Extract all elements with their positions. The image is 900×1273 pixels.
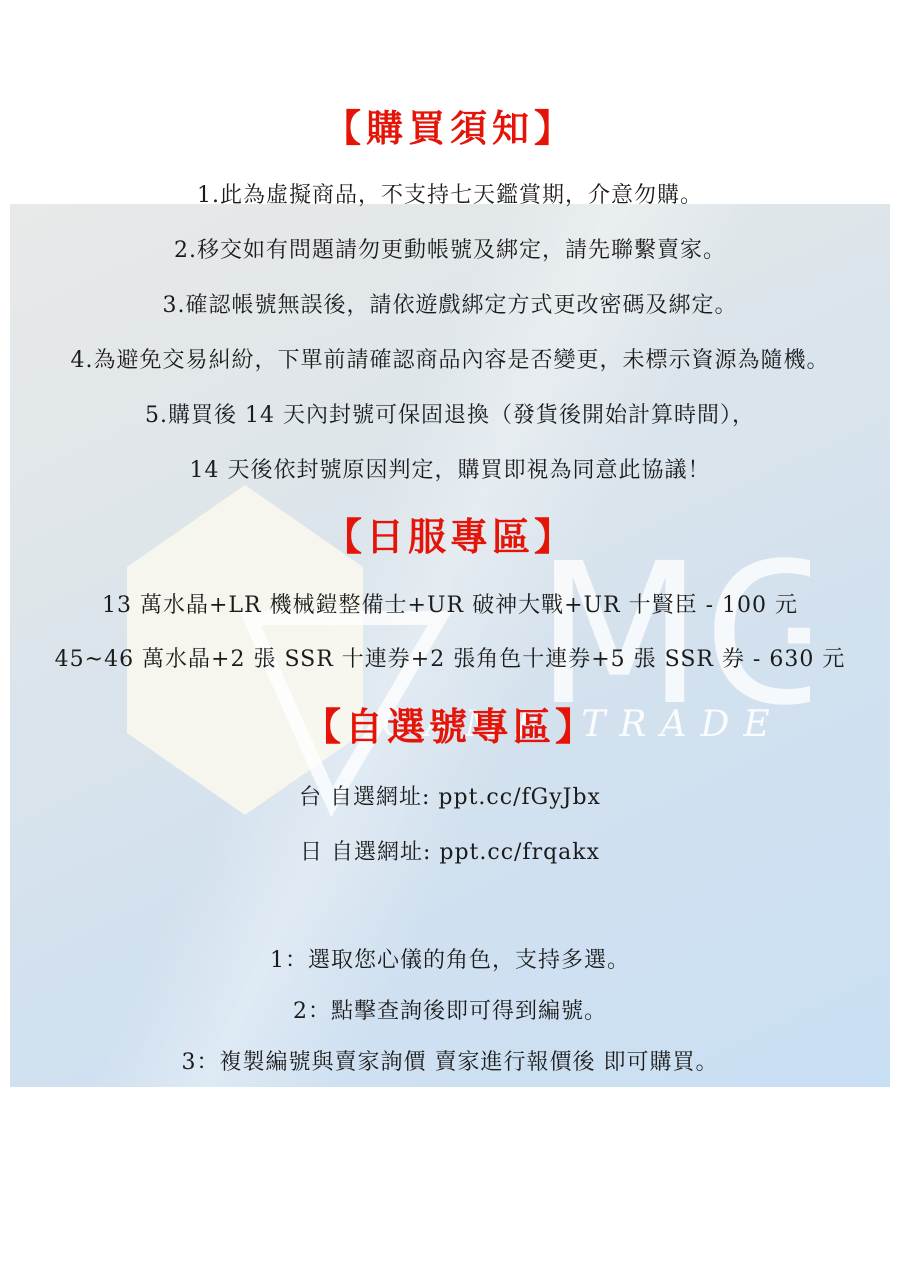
step-line-2: 2：點擊查詢後即可得到編號。: [0, 994, 900, 1025]
notice-line-5-continued: 14 天後依封號原因判定，購買即視為同意此協議！: [0, 453, 900, 484]
step-line-1: 1：選取您心儀的角色，支持多選。: [0, 943, 900, 974]
custom-section-header: 【自選號專區】: [0, 696, 900, 751]
jp-price-line-2: 45~46 萬水晶+2 張 SSR 十連券+2 張角色十連券+5 張 SSR 券…: [0, 642, 900, 673]
notice-line-5: 5.購買後 14 天內封號可保固退換（發貨後開始計算時間），: [0, 398, 900, 429]
jp-section-header: 【日服專區】: [0, 506, 900, 561]
jp-price-line-1: 13 萬水晶+LR 機械鎧整備士+UR 破神大戰+UR 十賢臣 - 100 元: [0, 588, 900, 619]
step-line-3: 3：複製編號與賣家詢價 賣家進行報價後 即可購買。: [0, 1045, 900, 1076]
tw-selection-url-line: 台 自選網址: ppt.cc/fGyJbx: [0, 780, 900, 811]
page-title: 【購買須知】: [0, 98, 900, 152]
notice-line-3: 3.確認帳號無誤後，請依遊戲綁定方式更改密碼及綁定。: [0, 288, 900, 319]
notice-line-4: 4.為避免交易糾紛，下單前請確認商品內容是否變更，未標示資源為隨機。: [0, 343, 900, 374]
notice-line-1: 1.此為虛擬商品，不支持七天鑑賞期，介意勿購。: [0, 178, 900, 209]
jp-selection-url-line: 日 自選網址: ppt.cc/frqakx: [0, 835, 900, 866]
notice-line-2: 2.移交如有問題請勿更動帳號及綁定，請先聯繫賣家。: [0, 233, 900, 264]
